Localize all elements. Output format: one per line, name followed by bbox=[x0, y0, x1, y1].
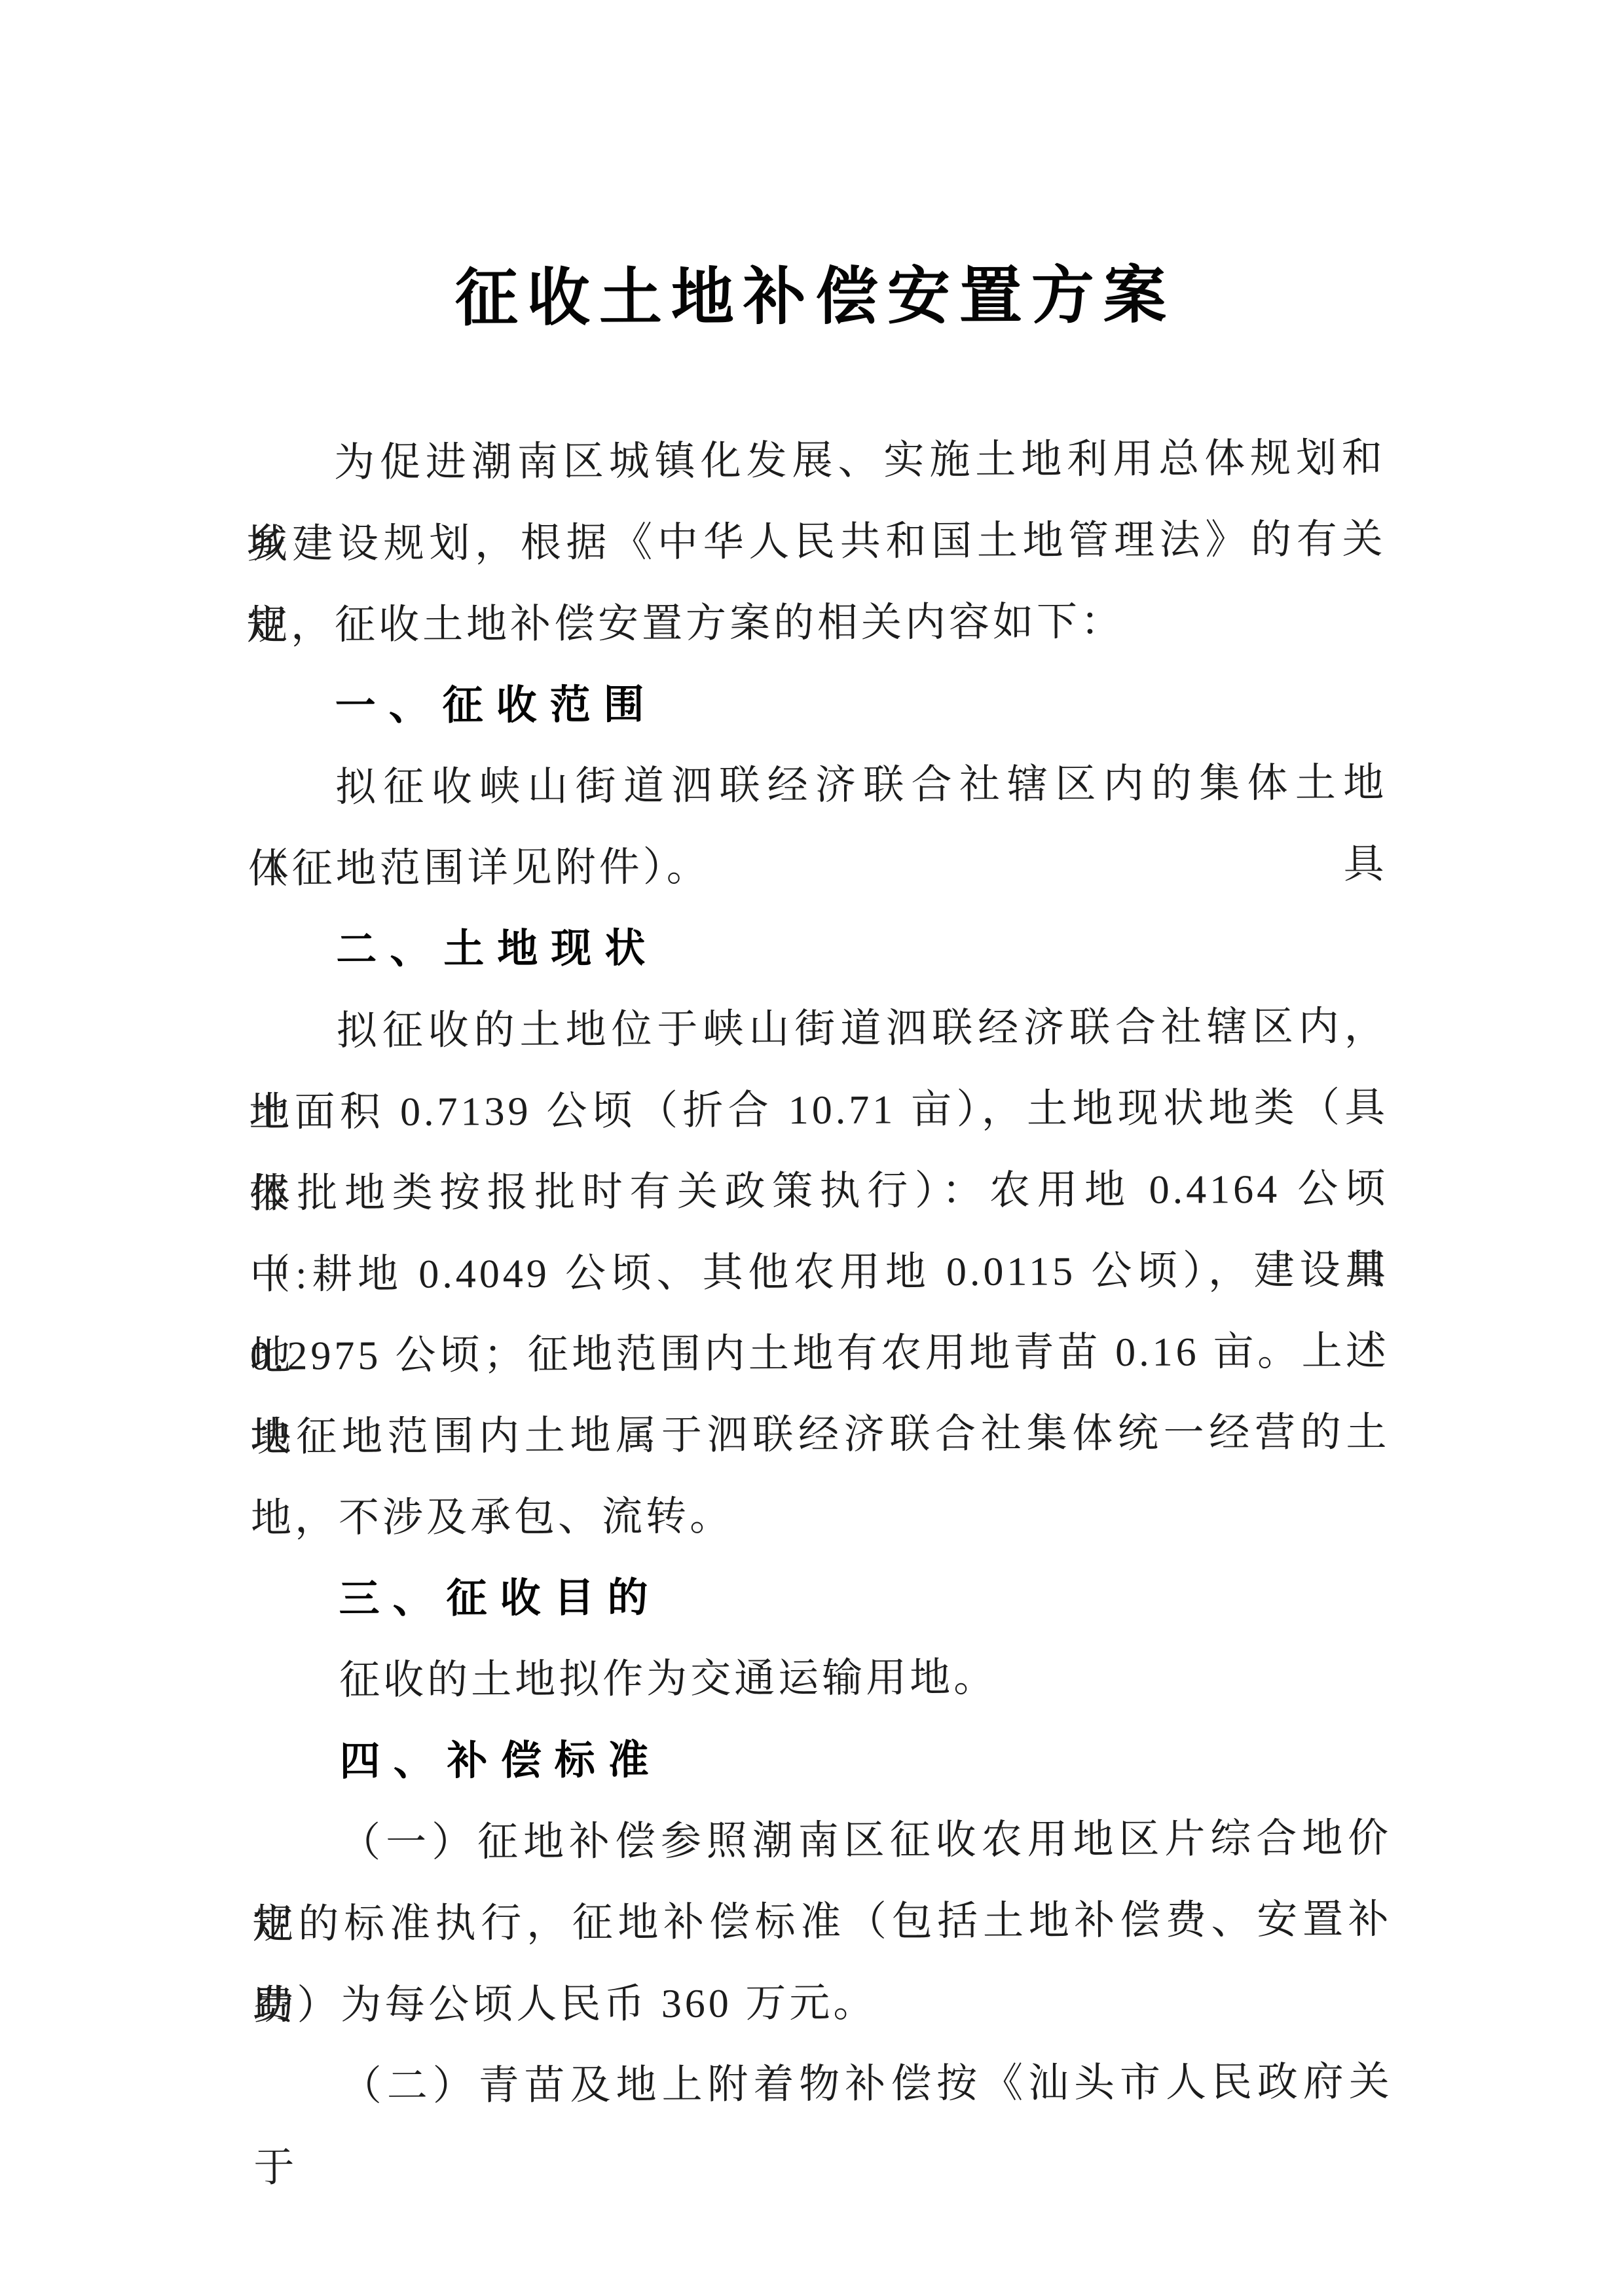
text-line: 拟征收的土地位于峡山街道泗联经济联合社辖区内，土 bbox=[249, 986, 1389, 1072]
text-line: 中:耕地 0.4049 公顷、其他农用地 0.0115 公顷），建设用地 bbox=[249, 1230, 1390, 1316]
text-line: （二）青苗及地上附着物补偿按《汕头市人民政府关于 bbox=[253, 2041, 1393, 2128]
section-heading: 四、补偿标准 bbox=[251, 1717, 1392, 1803]
text-line: 定的标准执行，征地补偿标准（包括土地补偿费、安置补助 bbox=[252, 1879, 1392, 1965]
text-line: 费）为每公顷人民币 360 万元。 bbox=[253, 1960, 1393, 2047]
text-line: 拟征收峡山街道泗联经济联合社辖区内的集体土地（具 bbox=[248, 742, 1388, 829]
text-line: 0.2975 公顷；征地范围内土地有农用地青苗 0.16 亩。上述地 bbox=[250, 1311, 1390, 1397]
section-heading: 三、征收目的 bbox=[251, 1554, 1391, 1641]
text-line: 乡建设规划，根据《中华人民共和国土地管理法》的有关规 bbox=[246, 499, 1386, 585]
text-line: （一）征地补偿参照潮南区征收农用地区片综合地价规 bbox=[252, 1798, 1392, 1884]
text-line: 地，不涉及承包、流转。 bbox=[251, 1473, 1391, 1559]
document-body: 为促进潮南区城镇化发展、实施土地利用总体规划和城 乡建设规划，根据《中华人民共和… bbox=[246, 418, 1393, 2128]
text-line: 为促进潮南区城镇化发展、实施土地利用总体规划和城 bbox=[246, 418, 1386, 504]
section-heading: 二、土地现状 bbox=[248, 905, 1388, 991]
text-line: 块征地范围内土地属于泗联经济联合社集体统一经营的土 bbox=[250, 1392, 1390, 1478]
text-line: 地面积 0.7139 公顷（折合 10.71 亩），土地现状地类（具体 bbox=[249, 1067, 1389, 1154]
section-heading: 一、征收范围 bbox=[247, 661, 1387, 748]
document-page: 征收土地补偿安置方案 为促进潮南区城镇化发展、实施土地利用总体规划和城 乡建设规… bbox=[0, 0, 1624, 2296]
text-line: 报批地类按报批时有关政策执行）：农用地 0.4164 公顷（其 bbox=[249, 1148, 1390, 1235]
document-content: 征收土地补偿安置方案 为促进潮南区城镇化发展、实施土地利用总体规划和城 乡建设规… bbox=[244, 0, 1393, 2128]
document-title: 征收土地补偿安置方案 bbox=[246, 258, 1385, 337]
text-line: 征收的土地拟作为交通运输用地。 bbox=[251, 1635, 1392, 1722]
text-line: 定，征收土地补偿安置方案的相关内容如下： bbox=[247, 580, 1387, 666]
